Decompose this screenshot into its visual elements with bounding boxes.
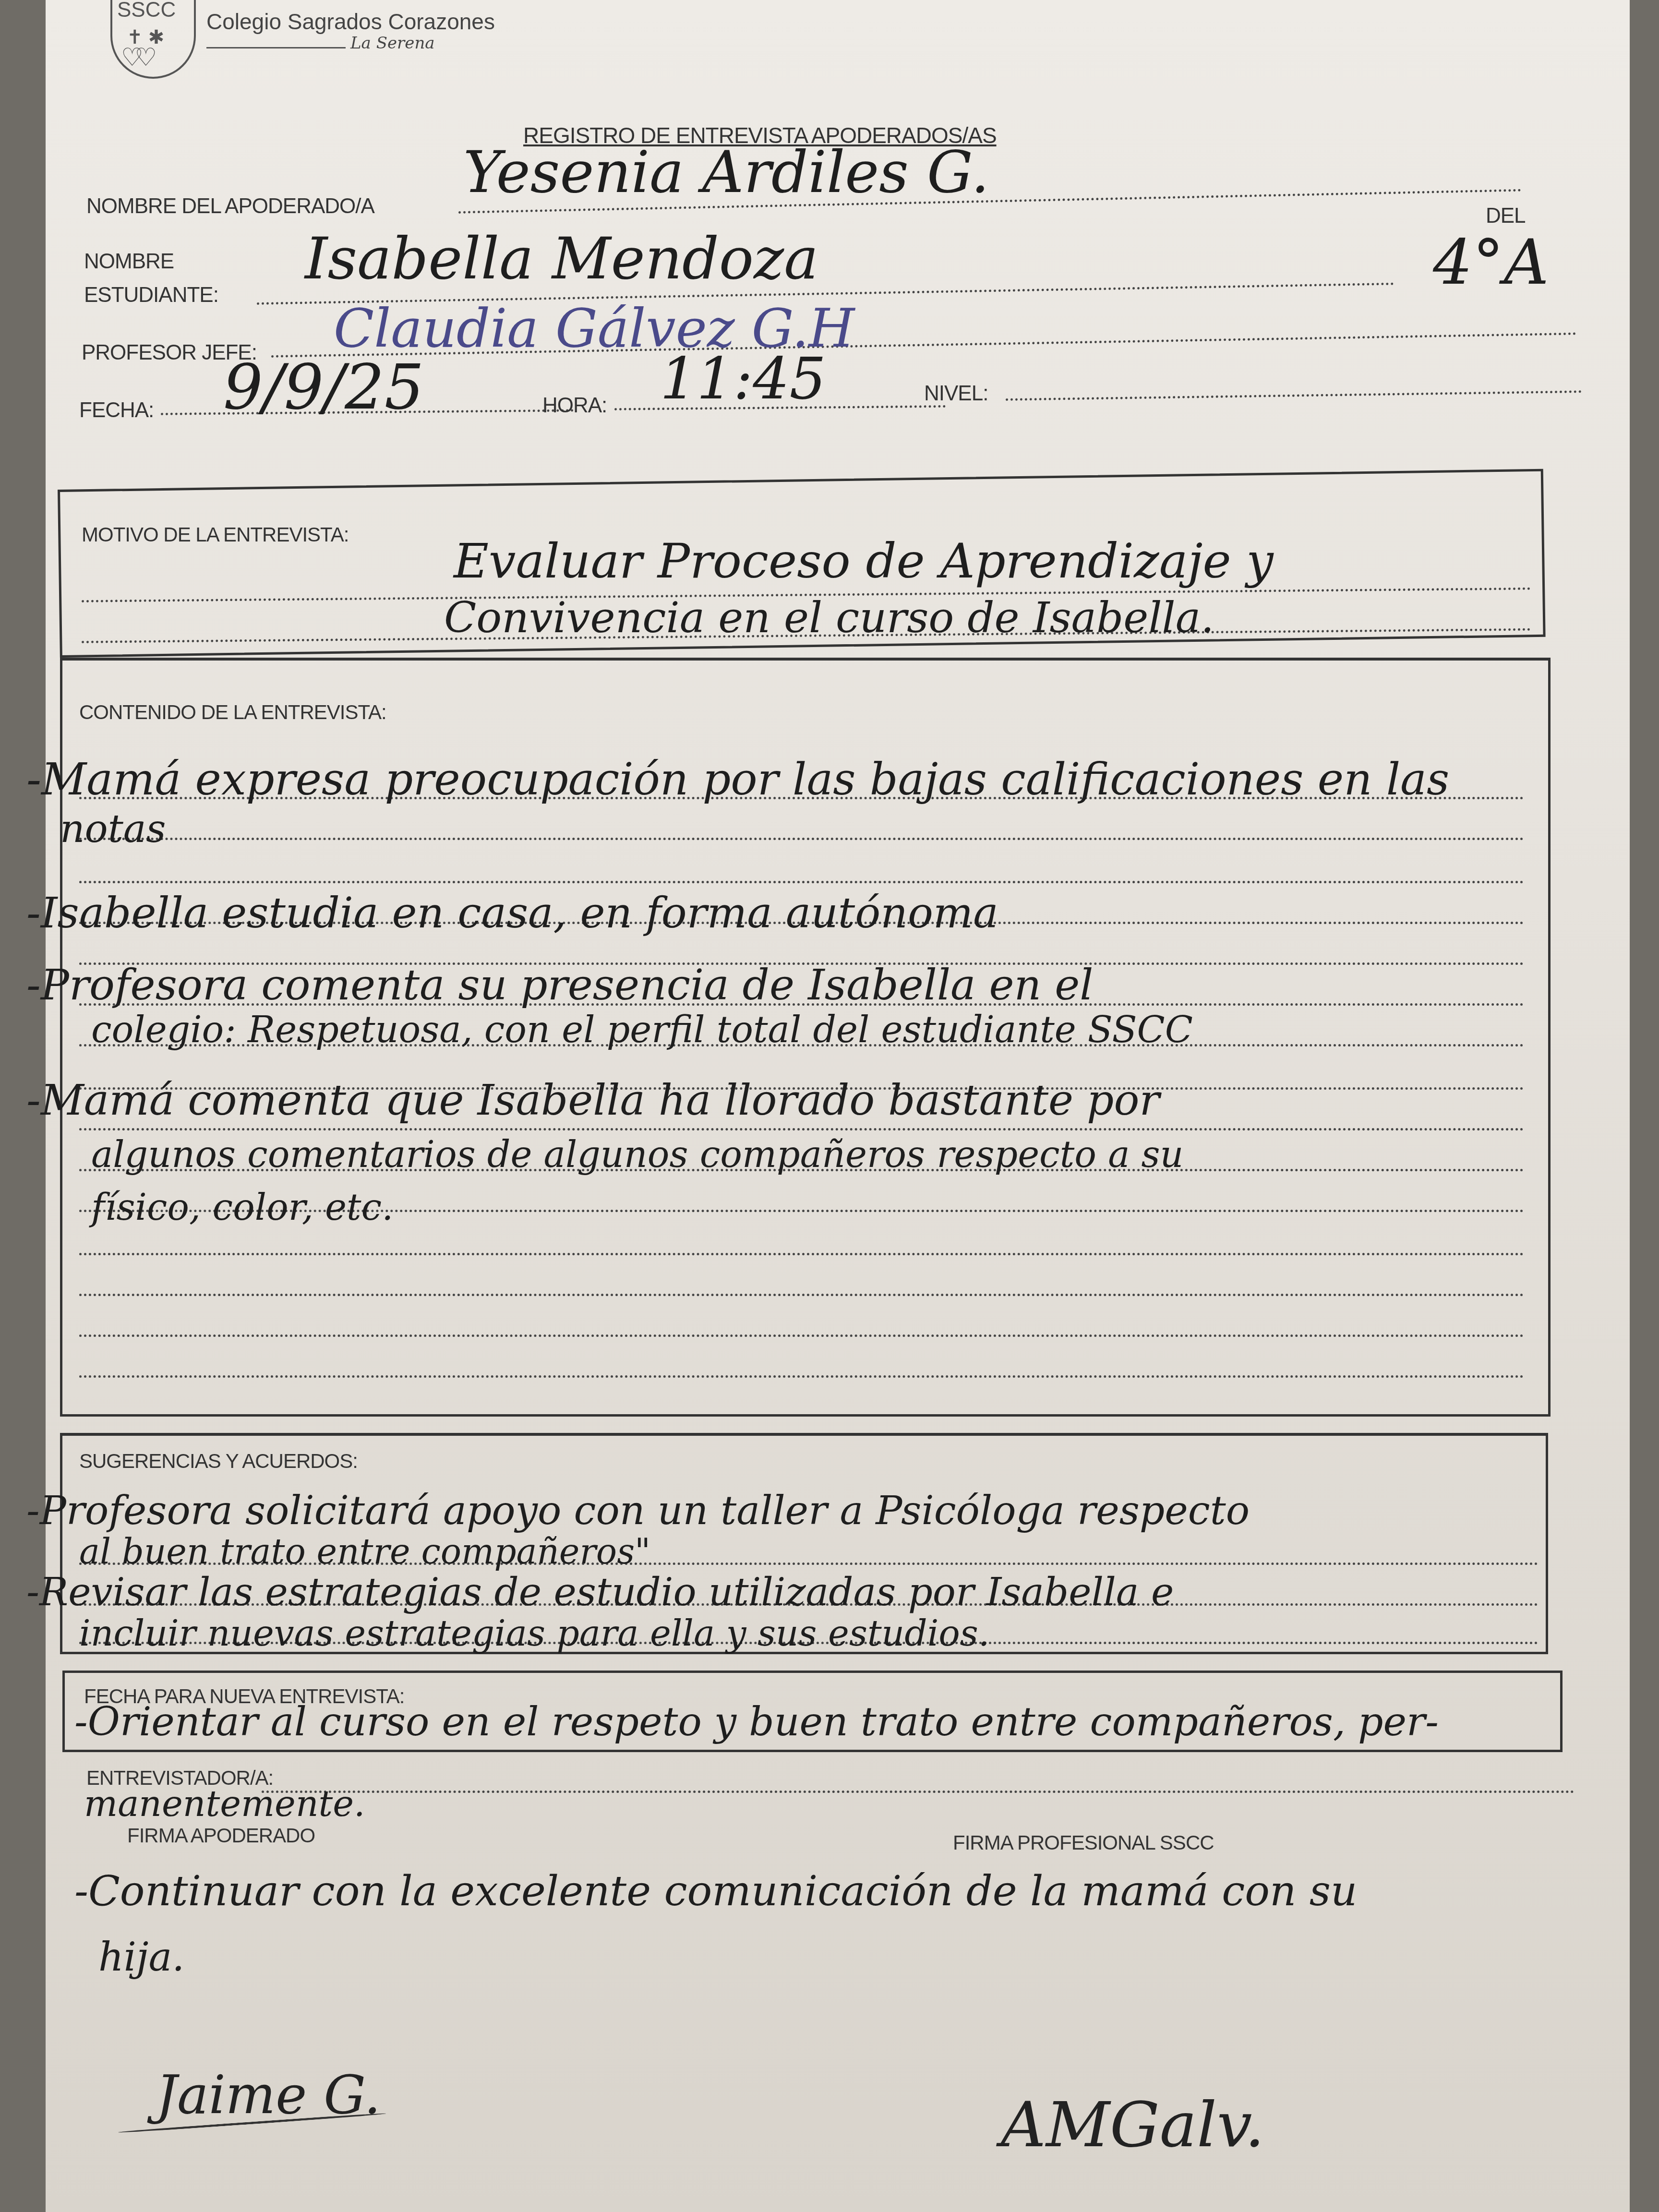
contenido-text-1[interactable]: -Mamá expresa preocupación por las bajas… — [26, 754, 1449, 805]
hora-value[interactable]: 11:45 — [660, 346, 826, 412]
entrevistador-text[interactable]: manentemente. — [84, 1783, 365, 1825]
extra-agreement-1[interactable]: -Continuar con la excelente comunicación… — [74, 1867, 1357, 1915]
rule — [79, 1294, 1524, 1296]
contenido-text-2[interactable]: notas — [60, 806, 166, 851]
sugerencias-text-3[interactable]: -Revisar las estrategias de estudio util… — [26, 1570, 1174, 1614]
nivel-label: NIVEL: — [924, 382, 988, 406]
contenido-text-3[interactable]: -Isabella estudia en casa, en forma autó… — [26, 888, 998, 938]
del-label: DEL — [1486, 204, 1526, 228]
firma-profesional-label: FIRMA PROFESIONAL SSCC — [953, 1831, 1214, 1854]
firma-profesional-signature: AMGalv. — [1001, 2088, 1264, 2161]
firma-apoderado-label: FIRMA APODERADO — [127, 1824, 315, 1847]
contenido-text-8[interactable]: físico, color, etc. — [91, 1186, 393, 1228]
hearts-icon: ♡♡ — [121, 43, 148, 72]
contenido-text-4[interactable]: -Profesora comenta su presencia de Isabe… — [26, 960, 1093, 1010]
school-city: La Serena — [350, 34, 435, 53]
motivo-label: MOTIVO DE LA ENTREVISTA: — [82, 523, 349, 546]
rule — [79, 838, 1524, 840]
nueva-entrevista-text[interactable]: -Orientar al curso en el respeto y buen … — [74, 1699, 1439, 1745]
estudiante-label-2: ESTUDIANTE: — [84, 283, 218, 307]
rule — [79, 1334, 1524, 1337]
sugerencias-text-1[interactable]: -Profesora solicitará apoyo con un talle… — [26, 1488, 1250, 1534]
apoderado-value[interactable]: Yesenia Ardiles G. — [463, 139, 989, 206]
rule — [79, 1253, 1524, 1255]
school-divider — [206, 47, 346, 48]
entrevistador-line — [262, 1791, 1575, 1793]
sugerencias-label: SUGERENCIAS Y ACUERDOS: — [79, 1450, 358, 1473]
apoderado-label: NOMBRE DEL APODERADO/A — [86, 194, 374, 218]
fecha-value[interactable]: 9/9/25 — [223, 350, 424, 423]
rule — [79, 1128, 1524, 1130]
estudiante-value[interactable]: Isabella Mendoza — [305, 226, 818, 292]
paper-sheet: SSCC ✝ ✱ ♡♡ Colegio Sagrados Corazones L… — [46, 0, 1630, 2212]
curso-value[interactable]: 4°A — [1433, 226, 1549, 299]
rule — [79, 881, 1524, 883]
school-name: Colegio Sagrados Corazones — [206, 9, 495, 35]
sugerencias-text-2[interactable]: al buen trato entre compañeros" — [79, 1531, 650, 1572]
school-logo-shield: SSCC ✝ ✱ ♡♡ — [110, 0, 196, 79]
rule — [79, 1375, 1524, 1378]
contenido-text-5[interactable]: colegio: Respetuosa, con el perfil total… — [91, 1008, 1193, 1051]
extra-agreement-2[interactable]: hija. — [98, 1935, 184, 1980]
contenido-label: CONTENIDO DE LA ENTREVISTA: — [79, 701, 386, 724]
contenido-text-7[interactable]: algunos comentarios de algunos compañero… — [91, 1133, 1184, 1176]
motivo-text-1[interactable]: Evaluar Proceso de Aprendizaje y — [454, 533, 1274, 589]
contenido-text-6[interactable]: -Mamá comenta que Isabella ha llorado ba… — [26, 1075, 1160, 1125]
hora-label: HORA: — [542, 394, 607, 418]
fecha-label: FECHA: — [79, 398, 154, 422]
nivel-line — [1006, 390, 1582, 401]
motivo-text-2[interactable]: Convivencia en el curso de Isabella. — [444, 593, 1214, 642]
sugerencias-text-4[interactable]: incluir nuevas estrategias para ella y s… — [79, 1613, 989, 1654]
estudiante-label-1: NOMBRE — [84, 250, 174, 274]
logo-text: SSCC — [117, 0, 176, 22]
